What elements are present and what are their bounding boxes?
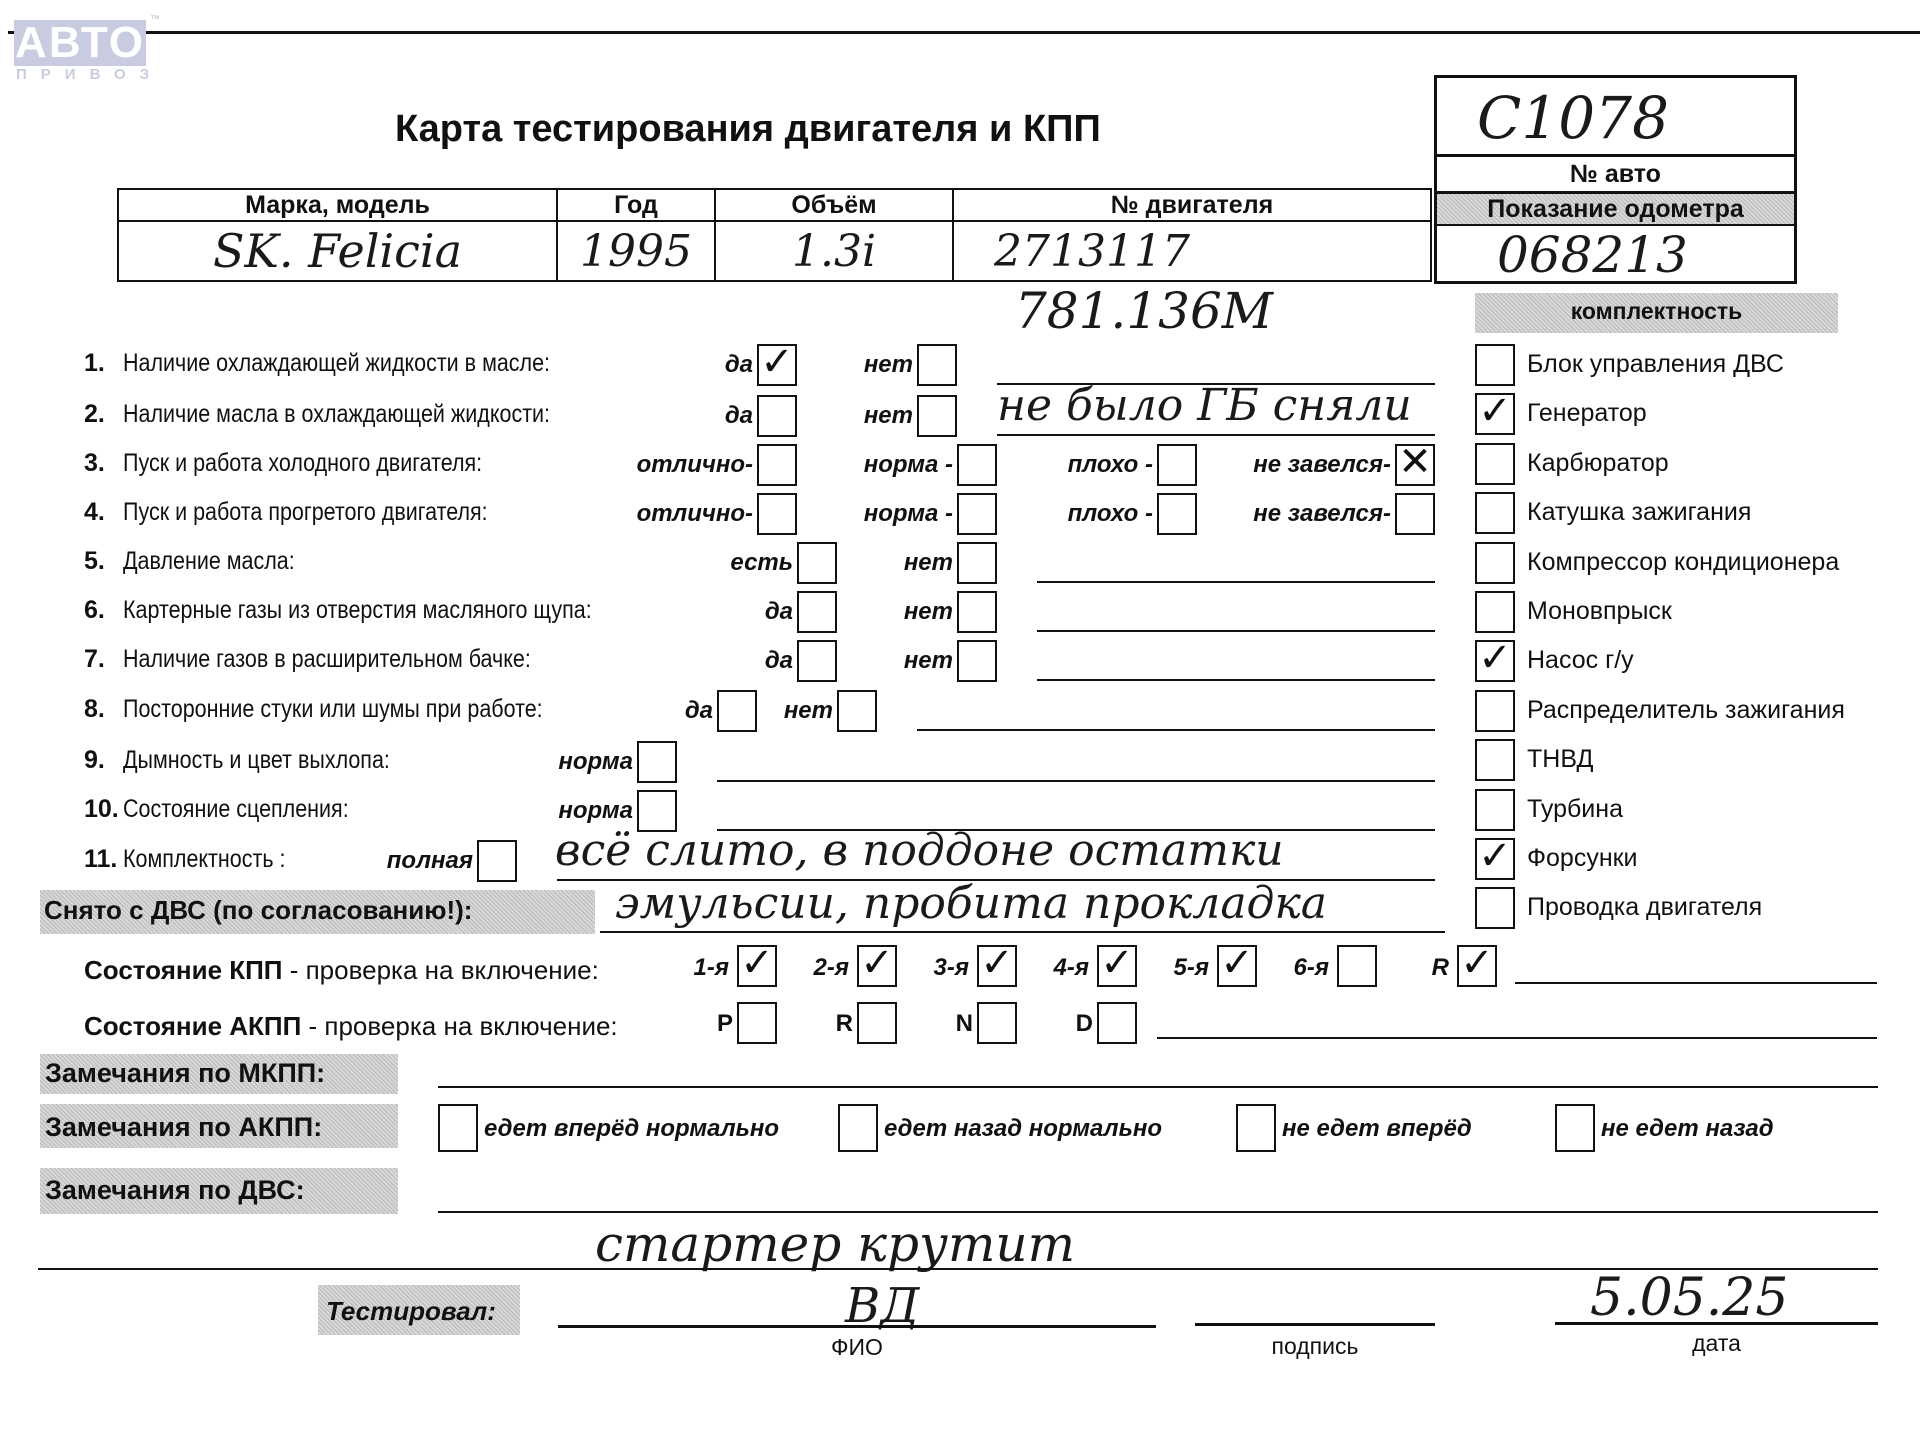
brand-logo: АВТО [14,20,146,66]
note-line[interactable] [1037,630,1435,632]
fio-line[interactable] [558,1325,1156,1328]
make-model-value: SK. Felicia [213,224,462,278]
date-label: дата [1555,1330,1878,1357]
row-label: Наличие охлаждающей жидкости в масле: [123,349,550,378]
handwritten-note: не было ГБ сняли [997,380,1412,431]
option-checkbox[interactable] [837,690,877,732]
mkpp-remarks-label: Замечания по МКПП: [45,1058,325,1089]
car-info-block: C1078 № авто Показание одометра 068213 [1434,75,1797,284]
option-label: не завелся- [1195,500,1391,528]
option-label: нет [637,697,833,725]
note-line[interactable] [917,729,1435,731]
kit-checkbox[interactable]: ✓ [1475,640,1515,682]
kit-checkbox[interactable]: ✓ [1475,838,1515,880]
engine-code-note: 781.136M [1015,282,1273,340]
option-checkbox[interactable] [917,395,957,437]
odometer-label: Показание одометра [1437,194,1794,226]
akpp-remark-checkbox[interactable] [1236,1104,1276,1152]
dvs-remarks-label: Замечания по ДВС: [45,1175,305,1206]
option-label: нет [757,549,953,577]
note-line[interactable] [997,434,1435,436]
option-checkbox[interactable] [1157,444,1197,486]
akpp-remark-checkbox[interactable] [838,1104,878,1152]
engine-no-value: 2713117 [994,226,1190,277]
check-mark-icon: ✓ [1459,937,1495,989]
option-label: нет [757,647,953,675]
option-label: нет [757,598,953,626]
kit-heading: комплектность [1475,298,1838,325]
option-label: полная [277,847,473,875]
col-header-year: Год [557,189,715,221]
akpp-remark-checkbox[interactable] [438,1104,478,1152]
akpp-remark-label: едет назад нормально [884,1115,1162,1143]
akpp-remark-label: не едет назад [1601,1115,1774,1143]
option-checkbox[interactable] [957,640,997,682]
year-field[interactable]: 1995 [557,221,715,281]
make-model-field[interactable]: SK. Felicia [118,221,557,281]
row-number: 6. [84,596,105,625]
car-number-value: C1078 [1477,84,1669,152]
row-label: Состояние сцепления: [123,795,349,824]
note-line[interactable] [1037,679,1435,681]
col-header-make: Марка, модель [118,189,557,221]
kit-item-label: Проводка двигателя [1527,893,1762,922]
kit-checkbox[interactable] [1475,887,1515,929]
kit-checkbox[interactable] [1475,344,1515,386]
kit-checkbox[interactable] [1475,542,1515,584]
note-line[interactable] [717,780,1435,782]
trademark-mark: ™ [150,14,160,25]
manual-gearbox-line [1515,982,1877,984]
removed-label: Снято с ДВС (по согласованию!): [44,895,472,926]
kit-item-label: Блок управления ДВС [1527,350,1784,379]
row-number: 3. [84,449,105,478]
auto-gearbox-line [1157,1037,1877,1039]
odometer-value: 068213 [1497,226,1688,284]
row-label: Пуск и работа холодного двигателя: [123,449,482,478]
brand-logo-sub: ПРИВОЗ [16,66,163,83]
row-label: Давление масла: [123,547,295,576]
option-label: плохо - [957,500,1153,528]
option-label: плохо - [957,451,1153,479]
kit-checkbox[interactable] [1475,591,1515,633]
dvs-remarks-line-1[interactable] [438,1211,1878,1213]
note-line[interactable] [1037,581,1435,583]
check-mark-icon: ✕ [1397,436,1433,488]
option-checkbox[interactable] [637,741,677,783]
vehicle-info-table: Марка, модель Год Объём № двигателя SK. … [117,188,1432,282]
option-checkbox[interactable] [477,840,517,882]
kit-checkbox[interactable] [1475,690,1515,732]
kit-item-label: Турбина [1527,795,1623,824]
option-checkbox[interactable] [917,344,957,386]
row-number: 1. [84,349,105,378]
kit-checkbox[interactable]: ✓ [1475,393,1515,435]
col-header-engine-no: № двигателя [953,189,1431,221]
akpp-position-label: D [897,1010,1093,1038]
row-number: 2. [84,400,105,429]
kit-item-label: Моновпрыск [1527,597,1672,626]
kit-checkbox[interactable] [1475,443,1515,485]
car-number-label: № авто [1437,157,1794,194]
top-rule [8,31,1920,34]
row-label: Картерные газы из отверстия масляного щу… [123,596,592,625]
date-value: 5.05.25 [1590,1268,1788,1328]
kit-item-label: Насос г/у [1527,646,1634,675]
akpp-remark-checkbox[interactable] [1555,1104,1595,1152]
akpp-remark-label: едет вперёд нормально [484,1115,779,1143]
option-checkbox[interactable] [1395,493,1435,535]
check-mark-icon: ✓ [1477,385,1513,437]
row-label: Дымность и цвет выхлопа: [123,746,390,775]
dvs-remarks-note: стартер крутит [595,1215,1075,1273]
option-checkbox[interactable]: ✕ [1395,444,1435,486]
row-number: 4. [84,498,105,527]
manual-gearbox-label-bold: Состояние КПП [84,955,283,985]
row-number: 7. [84,645,105,674]
akpp-remark-label: не едет вперёд [1282,1115,1472,1143]
option-checkbox[interactable] [957,542,997,584]
option-checkbox[interactable] [1157,493,1197,535]
year-value: 1995 [580,226,692,277]
option-label: не завелся- [1195,451,1391,479]
option-label: норма - [757,451,953,479]
page-title: Карта тестирования двигателя и КПП [395,108,1101,151]
removed-note: эмульсии, пробита прокладка [615,878,1327,929]
kit-item-label: Компрессор кондиционера [1527,548,1839,577]
akpp-position-checkbox[interactable] [1097,1002,1137,1044]
kit-checkbox[interactable] [1475,739,1515,781]
row-number: 8. [84,695,105,724]
gear-checkbox[interactable]: ✓ [1457,945,1497,987]
option-label: норма [437,748,633,776]
row-label: Пуск и работа прогретого двигателя: [123,498,488,527]
option-label: отлично- [557,451,753,479]
row-label: Посторонние стуки или шумы при работе: [123,695,543,724]
kit-item-label: Распределитель зажигания [1527,696,1845,725]
signature-line[interactable] [1195,1323,1435,1326]
mkpp-remarks-line[interactable] [438,1086,1878,1088]
option-checkbox[interactable] [957,591,997,633]
option-label: отлично- [557,500,753,528]
option-label: норма [437,797,633,825]
option-label: норма - [757,500,953,528]
row-number: 5. [84,547,105,576]
akpp-remarks-label: Замечания по АКПП: [45,1112,322,1143]
manual-gearbox-label: Состояние КПП - проверка на включение: [84,955,599,986]
gear-label: R [1253,954,1449,982]
check-mark-icon: ✓ [1477,632,1513,684]
row-number: 11. [84,845,117,874]
car-number-field[interactable]: C1078 [1437,78,1794,157]
row-label: Наличие газов в расширительном бачке: [123,645,531,674]
signature-label: подпись [1195,1333,1435,1360]
kit-checkbox[interactable] [1475,789,1515,831]
auto-gearbox-label-bold: Состояние АКПП [84,1011,301,1041]
option-label: нет [717,402,913,430]
date-line[interactable] [1555,1322,1878,1325]
option-label: нет [717,351,913,379]
row-number: 9. [84,746,105,775]
kit-item-label: Карбюратор [1527,449,1669,478]
row-label: Наличие масла в охлаждающей жидкости: [123,400,550,429]
row-label: Комплектность : [123,845,285,874]
check-mark-icon: ✓ [1477,830,1513,882]
volume-field[interactable]: 1.3i [715,221,953,281]
odometer-field[interactable]: 068213 [1437,226,1794,284]
tested-label: Тестировал: [326,1296,496,1327]
kit-item-label: Форсунки [1527,844,1638,873]
volume-value: 1.3i [792,226,876,277]
col-header-volume: Объём [715,189,953,221]
kit-item-label: ТНВД [1527,745,1593,774]
handwritten-note: всё слито, в поддоне остатки [555,825,1284,876]
kit-item-label: Генератор [1527,399,1647,428]
removed-line [600,931,1445,933]
odometer-label-text: Показание одометра [1487,195,1744,223]
kit-item-label: Катушка зажигания [1527,498,1751,527]
fio-label: ФИО [558,1334,1156,1361]
engine-no-field[interactable]: 2713117 [953,221,1431,281]
row-number: 10. [84,795,119,824]
kit-checkbox[interactable] [1475,492,1515,534]
